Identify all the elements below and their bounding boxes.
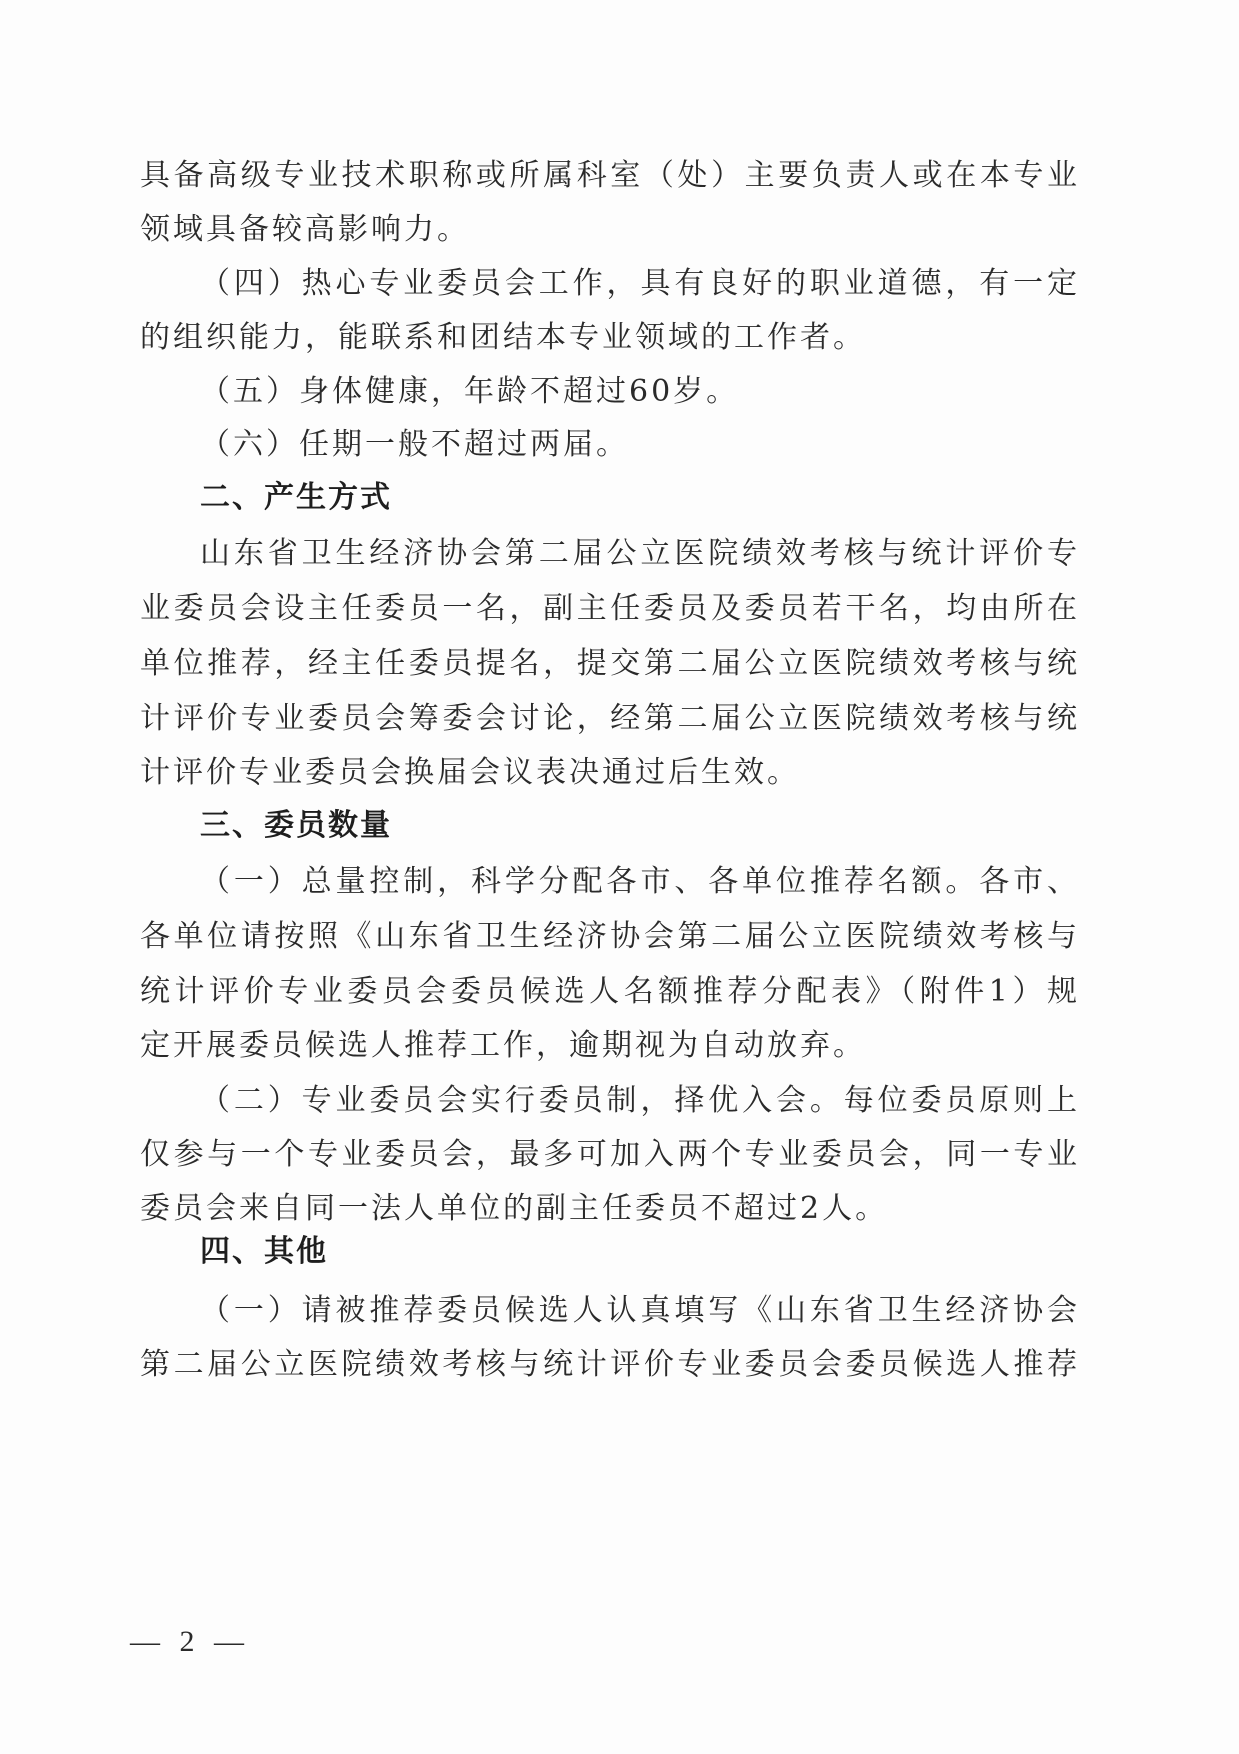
section-heading-4: 四、其他: [200, 1232, 1080, 1272]
text-line: 具备高级专业技术职称或所属科室（处）主要负责人或在本专业: [140, 156, 1080, 196]
paragraph-line: 统计评价专业委员会委员候选人名额推荐分配表》（附件1）规: [140, 972, 1080, 1012]
list-item-6: （六）任期一般不超过两届。: [200, 425, 1080, 465]
paragraph-line: 仅参与一个专业委员会，最多可加入两个专业委员会，同一专业: [140, 1135, 1080, 1175]
document-page: 具备高级专业技术职称或所属科室（处）主要负责人或在本专业 领域具备较高影响力。 …: [0, 0, 1239, 1754]
page-number: — 2 —: [130, 1622, 250, 1662]
paragraph-line: 山东省卫生经济协会第二届公立医院绩效考核与统计评价专: [200, 534, 1080, 574]
text-line: 领域具备较高影响力。: [140, 210, 1080, 250]
paragraph-line: 单位推荐，经主任委员提名，提交第二届公立医院绩效考核与统: [140, 644, 1080, 684]
section-heading-2: 二、产生方式: [200, 478, 1080, 518]
section-heading-3: 三、委员数量: [200, 806, 1080, 846]
paragraph-line: 业委员会设主任委员一名，副主任委员及委员若干名，均由所在: [140, 589, 1080, 629]
list-item-3-1: （一）总量控制，科学分配各市、各单位推荐名额。各市、: [200, 862, 1080, 902]
paragraph-line: 委员会来自同一法人单位的副主任委员不超过2人。: [140, 1189, 1080, 1229]
paragraph-line: 第二届公立医院绩效考核与统计评价专业委员会委员候选人推荐: [140, 1345, 1080, 1385]
list-item-4: （四）热心专业委员会工作，具有良好的职业道德，有一定: [200, 264, 1080, 304]
paragraph-line: 计评价专业委员会筹委会讨论，经第二届公立医院绩效考核与统: [140, 699, 1080, 739]
list-item-5: （五）身体健康，年龄不超过60岁。: [200, 372, 1080, 412]
text-line: 的组织能力，能联系和团结本专业领域的工作者。: [140, 318, 1080, 358]
paragraph-line: 各单位请按照《山东省卫生经济协会第二届公立医院绩效考核与: [140, 917, 1080, 957]
list-item-3-2: （二）专业委员会实行委员制，择优入会。每位委员原则上: [200, 1081, 1080, 1121]
paragraph-line: 定开展委员候选人推荐工作，逾期视为自动放弃。: [140, 1026, 1080, 1066]
paragraph-line: 计评价专业委员会换届会议表决通过后生效。: [140, 753, 1080, 793]
list-item-4-1: （一）请被推荐委员候选人认真填写《山东省卫生经济协会: [200, 1291, 1080, 1331]
